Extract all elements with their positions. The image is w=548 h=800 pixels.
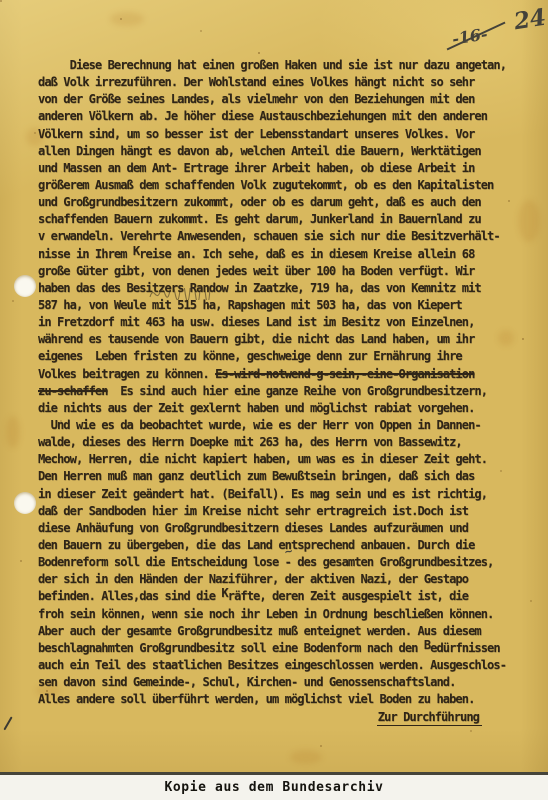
- scanned-document-page: 24 -16- ~ Diese Berechnung hat einen gro…: [0, 0, 548, 800]
- text-line: 587 ha, von Weule mit 515 ha, Rapshagen …: [38, 297, 516, 314]
- text-line: den Bauern zu übergeben, die das Land en…: [38, 537, 516, 554]
- text-line: Völkern sind, um so besser ist der Leben…: [38, 126, 516, 143]
- text-line: Aber auch der gesamte Großgrundbesitz mu…: [38, 623, 516, 640]
- text-line: Diese Berechnung hat einen großen Haken …: [38, 57, 516, 74]
- text-line: allen Dingen hängt es davon ab, welchen …: [38, 143, 516, 160]
- text-line: anderen Völkern ab. Je höher diese Austa…: [38, 108, 516, 125]
- typed-text-block: Diese Berechnung hat einen großen Haken …: [38, 57, 516, 726]
- text-line: in Fretzdorf mit 463 ha usw. dieses Land…: [38, 314, 516, 331]
- hole-punch: [14, 492, 36, 514]
- text-line: eigenes Leben fristen zu könne, geschwei…: [38, 348, 516, 365]
- text-line: haben das des Besitzers Randow in Zaatzk…: [38, 280, 516, 297]
- text-line: während es tausende von Bauern gibt, die…: [38, 331, 516, 348]
- paper-specks: [0, 0, 2, 2]
- paper-stain: [518, 200, 540, 242]
- handwritten-page-number: 24: [512, 4, 548, 36]
- text-line: froh sein können, wenn sie noch ihr Lebe…: [38, 606, 516, 623]
- text-line: die nichts aus der Zeit gexlernt haben u…: [38, 400, 516, 417]
- text-line: sen davon sind Gemeinde-, Schul, Kirchen…: [38, 674, 516, 691]
- paper-stain: [110, 12, 144, 26]
- paper-stain: [6, 416, 20, 448]
- text-line: große Güter gibt, von denen jedes weit ü…: [38, 263, 516, 280]
- text-line: Mechow, Herren, die nicht kapiert haben,…: [38, 451, 516, 468]
- text-line: zu-schaffen Es sind auch hier eine ganze…: [38, 383, 516, 400]
- text-line: daß der Sandboden hier im Kreise nicht s…: [38, 503, 516, 520]
- closing-line: Zur Durchführung: [38, 709, 516, 726]
- text-line: auch ein Teil des staatlichen Besitzes e…: [38, 657, 516, 674]
- text-line: Volkes beitragen zu können. Es-wird-notw…: [38, 366, 516, 383]
- paper-stain: [290, 750, 322, 764]
- text-line: nisse in Ihrem Kreise an. Ich sehe, daß …: [38, 246, 516, 263]
- text-line: schaffenden Bauern zukommt. Es geht daru…: [38, 211, 516, 228]
- text-line: und Massen an dem Ant- Ertrage ihrer Arb…: [38, 160, 516, 177]
- text-line: beschlagnahmten Großgrundbesitz soll ein…: [38, 640, 516, 657]
- text-line: größerem Ausmaß dem schaffenden Volk zug…: [38, 177, 516, 194]
- archive-footer-label: Kopie aus dem Bundesarchiv: [164, 780, 383, 795]
- text-line: der sich in den Händen der Naziführer, d…: [38, 571, 516, 588]
- text-line: und Großgrundbesitzern zukommt, oder ob …: [38, 194, 516, 211]
- handwritten-crossed-out-number: -16-: [451, 24, 489, 48]
- text-line: befinden. Alles,das sind die Kräfte, der…: [38, 588, 516, 605]
- text-line: von der Größe seines Landes, als vielmeh…: [38, 91, 516, 108]
- text-line: v erwandeln. Verehrte Anwesenden, schaue…: [38, 228, 516, 245]
- text-line: Bodenreform soll die Entscheidung lose -…: [38, 554, 516, 571]
- closing-phrase: Zur Durchführung: [377, 710, 482, 726]
- text-line: Den Herren muß man ganz deutlich zum Bew…: [38, 468, 516, 485]
- text-line: diese Anhäufung von Großgrundbesitzern d…: [38, 520, 516, 537]
- archive-footer-strip: Kopie aus dem Bundesarchiv: [0, 772, 548, 800]
- text-line: Und wie es da beobachtet wurde, wie es d…: [38, 417, 516, 434]
- hole-punch: [14, 275, 36, 297]
- text-line: daß Volk irrezuführen. Der Wohlstand ein…: [38, 74, 516, 91]
- text-line: walde, dieses des Herrn Doepke mit 263 h…: [38, 434, 516, 451]
- pen-stroke-mark: [3, 716, 13, 730]
- text-line: in dieser Zeit geändert hat. (Beifall). …: [38, 486, 516, 503]
- text-line: Alles andere soll überführt werden, um m…: [38, 691, 516, 708]
